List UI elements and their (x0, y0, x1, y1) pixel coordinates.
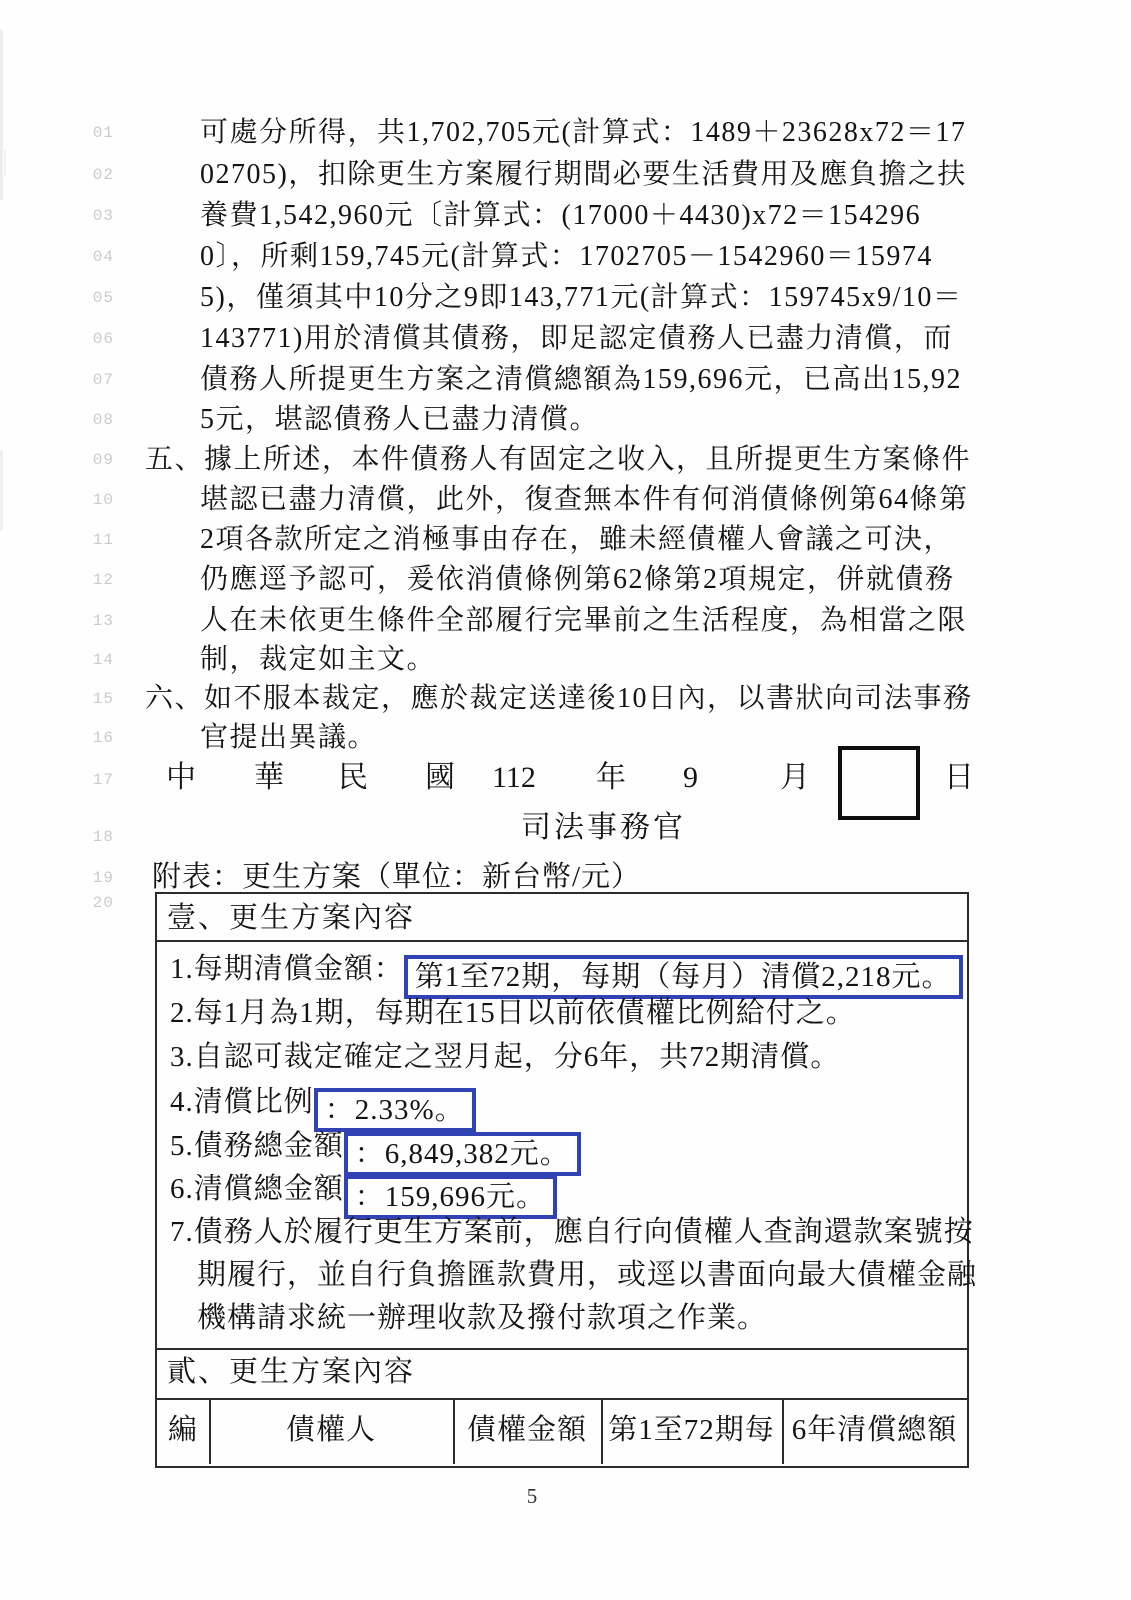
body-line: 債務人所提更生方案之清償總額為159,696元，已高出15,92 (200, 360, 962, 400)
plan-item-3: 3.自認可裁定確定之翌月起，分6年，共72期清償。 (170, 1037, 840, 1077)
body-line: 2項各款所定之消極事由存在，雖未經債權人會議之可決， (200, 520, 953, 560)
scan-artifact (0, 450, 3, 530)
body-line: 143771)用於清償其債務，即足認定債務人已盡力清償，而 (200, 319, 953, 359)
plan-item-2: 2.每1月為1期，每期在15日以前依債權比例給付之。 (170, 993, 856, 1033)
plan-item-7: 7.債務人於履行更生方案前，應自行向債權人查詢還款案號按 (170, 1212, 974, 1252)
page-number: 5 (505, 1484, 559, 1509)
column-header-total-6yr: 6年清償總額 (782, 1400, 967, 1460)
margin-line-number: 19 (80, 868, 114, 888)
date-char: 國 (425, 758, 455, 798)
date-month: 9 (683, 758, 698, 798)
body-line: 可處分所得，共1,702,705元(計算式：1489＋23628x72＝17 (200, 113, 966, 153)
margin-line-number: 05 (80, 288, 114, 308)
plan-item-7-cont: 期履行，並自行負擔匯款費用，或逕以書面向最大債權金融 (197, 1255, 977, 1295)
column-header-claim-amount: 債權金額 (453, 1400, 601, 1460)
body-line: 仍應逕予認可，爰依消債條例第62條第2項規定，併就債務 (200, 560, 955, 600)
body-line: 5元，堪認債務人已盡力清償。 (200, 400, 599, 440)
margin-line-number: 11 (80, 530, 114, 550)
table-section2-title: 貳、更生方案內容 (167, 1352, 415, 1392)
attachment-title: 附表：更生方案（單位：新台幣/元） (152, 857, 641, 897)
body-line: 02705)，扣除更生方案履行期間必要生活費用及應負擔之扶 (200, 155, 967, 195)
date-char: 民 (338, 758, 368, 798)
body-line: 人在未依更生條件全部履行完畢前之生活程度，為相當之限 (200, 601, 967, 641)
margin-line-number: 14 (80, 650, 114, 670)
body-line: 養費1,542,960元〔計算式：(17000＋4430)x72＝154296 (200, 196, 921, 236)
column-header-creditor: 債權人 (209, 1400, 453, 1460)
court-document-page: 01 02 03 04 05 06 07 08 09 10 11 12 13 1… (0, 0, 1131, 1600)
body-line: 堪認已盡力清償，此外，復查無本件有何消債條例第64條第 (200, 480, 969, 520)
margin-line-number: 08 (80, 410, 114, 430)
body-line-item-5: 五、據上所述，本件債務人有固定之收入，且所提更生方案條件 (145, 440, 971, 480)
plan-item-6-label: 6.清償總金額 (170, 1173, 344, 1205)
judicial-officer-signature: 司法事務官 (521, 808, 686, 848)
column-header-number: 編 (157, 1400, 209, 1460)
margin-line-number: 10 (80, 490, 114, 510)
date-char: 中 (166, 758, 196, 798)
table-section1-title: 壹、更生方案內容 (167, 898, 415, 938)
margin-line-number: 03 (80, 206, 114, 226)
margin-line-number: 18 (80, 827, 114, 847)
body-line: 制，裁定如主文。 (200, 640, 436, 680)
plan-item-5-label: 5.債務總金額 (170, 1130, 344, 1162)
margin-line-number: 06 (80, 329, 114, 349)
margin-line-number: 13 (80, 611, 114, 631)
body-line: 官提出異議。 (200, 718, 377, 758)
margin-line-number: 07 (80, 370, 114, 390)
date-day-unit: 日 (944, 758, 974, 798)
date-year: 112 (492, 758, 536, 798)
table-divider (157, 1348, 967, 1350)
margin-line-number: 15 (80, 689, 114, 709)
date-char: 華 (254, 758, 284, 798)
margin-line-number: 12 (80, 570, 114, 590)
table-divider (157, 940, 967, 942)
body-line: 5)，僅須其中10分之9即143,771元(計算式：159745x9/10＝ (200, 278, 962, 318)
date-day-box (838, 746, 920, 820)
rehabilitation-plan-table: 壹、更生方案內容 1.每期清償金額：第1至72期，每期（每月）清償2,218元。… (155, 892, 969, 1468)
margin-line-number: 17 (80, 770, 114, 790)
margin-line-number: 01 (80, 123, 114, 143)
margin-line-number: 16 (80, 728, 114, 748)
body-line-item-6: 六、如不服本裁定，應於裁定送達後10日內，以書狀向司法事務 (145, 679, 973, 719)
body-line: 0〕，所剩159,745元(計算式：1702705－1542960＝15974 (200, 237, 933, 277)
plan-item-1: 1.每期清償金額：第1至72期，每期（每月）清償2,218元。 (170, 949, 963, 999)
scan-artifact (0, 30, 3, 200)
date-year-unit: 年 (596, 758, 626, 798)
plan-item-1-label: 1.每期清償金額： (170, 953, 404, 985)
plan-item-4-label: 4.清償比例 (170, 1086, 314, 1118)
margin-line-number: 02 (80, 165, 114, 185)
plan-item-4: 4.清償比例：2.33%。 (170, 1082, 476, 1132)
margin-line-number: 04 (80, 247, 114, 267)
column-header-installments: 第1至72期每 (601, 1400, 782, 1460)
scan-artifact (4, 150, 6, 176)
date-month-unit: 月 (780, 758, 810, 798)
margin-line-number: 09 (80, 450, 114, 470)
margin-line-number: 20 (80, 893, 114, 913)
plan-item-7-cont: 機構請求統一辦理收款及撥付款項之作業。 (197, 1298, 767, 1338)
